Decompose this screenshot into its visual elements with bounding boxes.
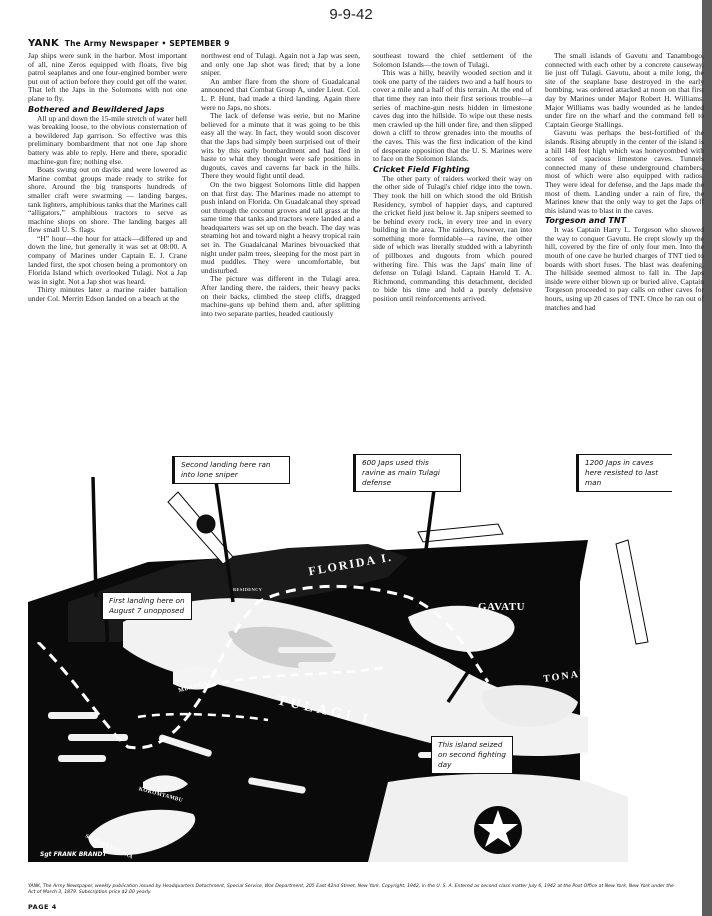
article-paragraph: It was Captain Harry L. Torgeson who sho…	[545, 226, 704, 312]
article-paragraph: Thirty minutes later a marine raider bat…	[28, 286, 187, 303]
label-residency: RESIDENCY	[233, 587, 262, 592]
article-body: Jap ships were sunk in the harbor. Most …	[28, 52, 668, 417]
article-column-4: The small islands of Gavutu and Tanambog…	[545, 52, 704, 312]
callout-ravine-defense: 600 Japs used this ravine as main Tulagi…	[353, 454, 461, 492]
illustrated-battle-map: Second landing here ran into lone sniper…	[28, 452, 672, 862]
callout-second-day: This island seized on second fighting da…	[431, 736, 513, 774]
page-number: PAGE 4	[28, 903, 57, 911]
article-paragraph: Boats swung out on davits and were lower…	[28, 166, 187, 235]
article-column-2: northwest end of Tulagi. Again not a Jap…	[201, 52, 360, 318]
article-paragraph: On the two biggest Solomons little did h…	[201, 181, 360, 276]
article-paragraph: Jap ships were sunk in the harbor. Most …	[28, 52, 187, 104]
callout-caves: 1200 Japs in caves here resisted to last…	[576, 454, 672, 492]
article-column-3: southeast toward the chief settlement of…	[373, 52, 532, 304]
callout-second-landing: Second landing here ran into lone sniper	[172, 456, 290, 484]
callout-first-landing: First landing here on August 7 unopposed	[100, 592, 192, 620]
article-paragraph: An amber flare from the shore of Guadalc…	[201, 78, 360, 112]
article-paragraph: The other party of raiders worked their …	[373, 175, 532, 304]
masthead-subtitle: The Army Newspaper	[65, 39, 159, 48]
article-paragraph: All up and down the 15-mile stretch of w…	[28, 115, 187, 167]
masthead: YANK The Army Newspaper • SEPTEMBER 9	[28, 38, 230, 49]
artist-credit: Sgt FRANK BRANDT	[40, 851, 107, 858]
masthead-title: YANK	[28, 38, 59, 49]
article-paragraph: The small islands of Gavutu and Tanambog…	[545, 52, 704, 129]
article-paragraph: southeast toward the chief settlement of…	[373, 52, 532, 69]
article-paragraph: The picture was different in the Tulagi …	[201, 275, 360, 318]
article-column-1: Jap ships were sunk in the harbor. Most …	[28, 52, 187, 304]
article-paragraph: “H” hour—the hour for attack—differed up…	[28, 235, 187, 287]
publication-notice: YANK, The Army Newspaper, weekly publica…	[28, 884, 678, 896]
label-gavatu: GAVATU	[478, 601, 525, 613]
article-paragraph: Gavutu was perhaps the best-fortified of…	[545, 129, 704, 215]
article-paragraph: The lack of defense was eerie, but no Ma…	[201, 112, 360, 181]
map-artwork	[28, 452, 672, 862]
article-paragraph: This was a hilly, heavily wooded section…	[373, 69, 532, 164]
masthead-separator: •	[162, 39, 167, 48]
page-date-label: 9-9-42	[0, 6, 702, 23]
masthead-date: SEPTEMBER 9	[169, 39, 229, 48]
article-paragraph: northwest end of Tulagi. Again not a Jap…	[201, 52, 360, 78]
